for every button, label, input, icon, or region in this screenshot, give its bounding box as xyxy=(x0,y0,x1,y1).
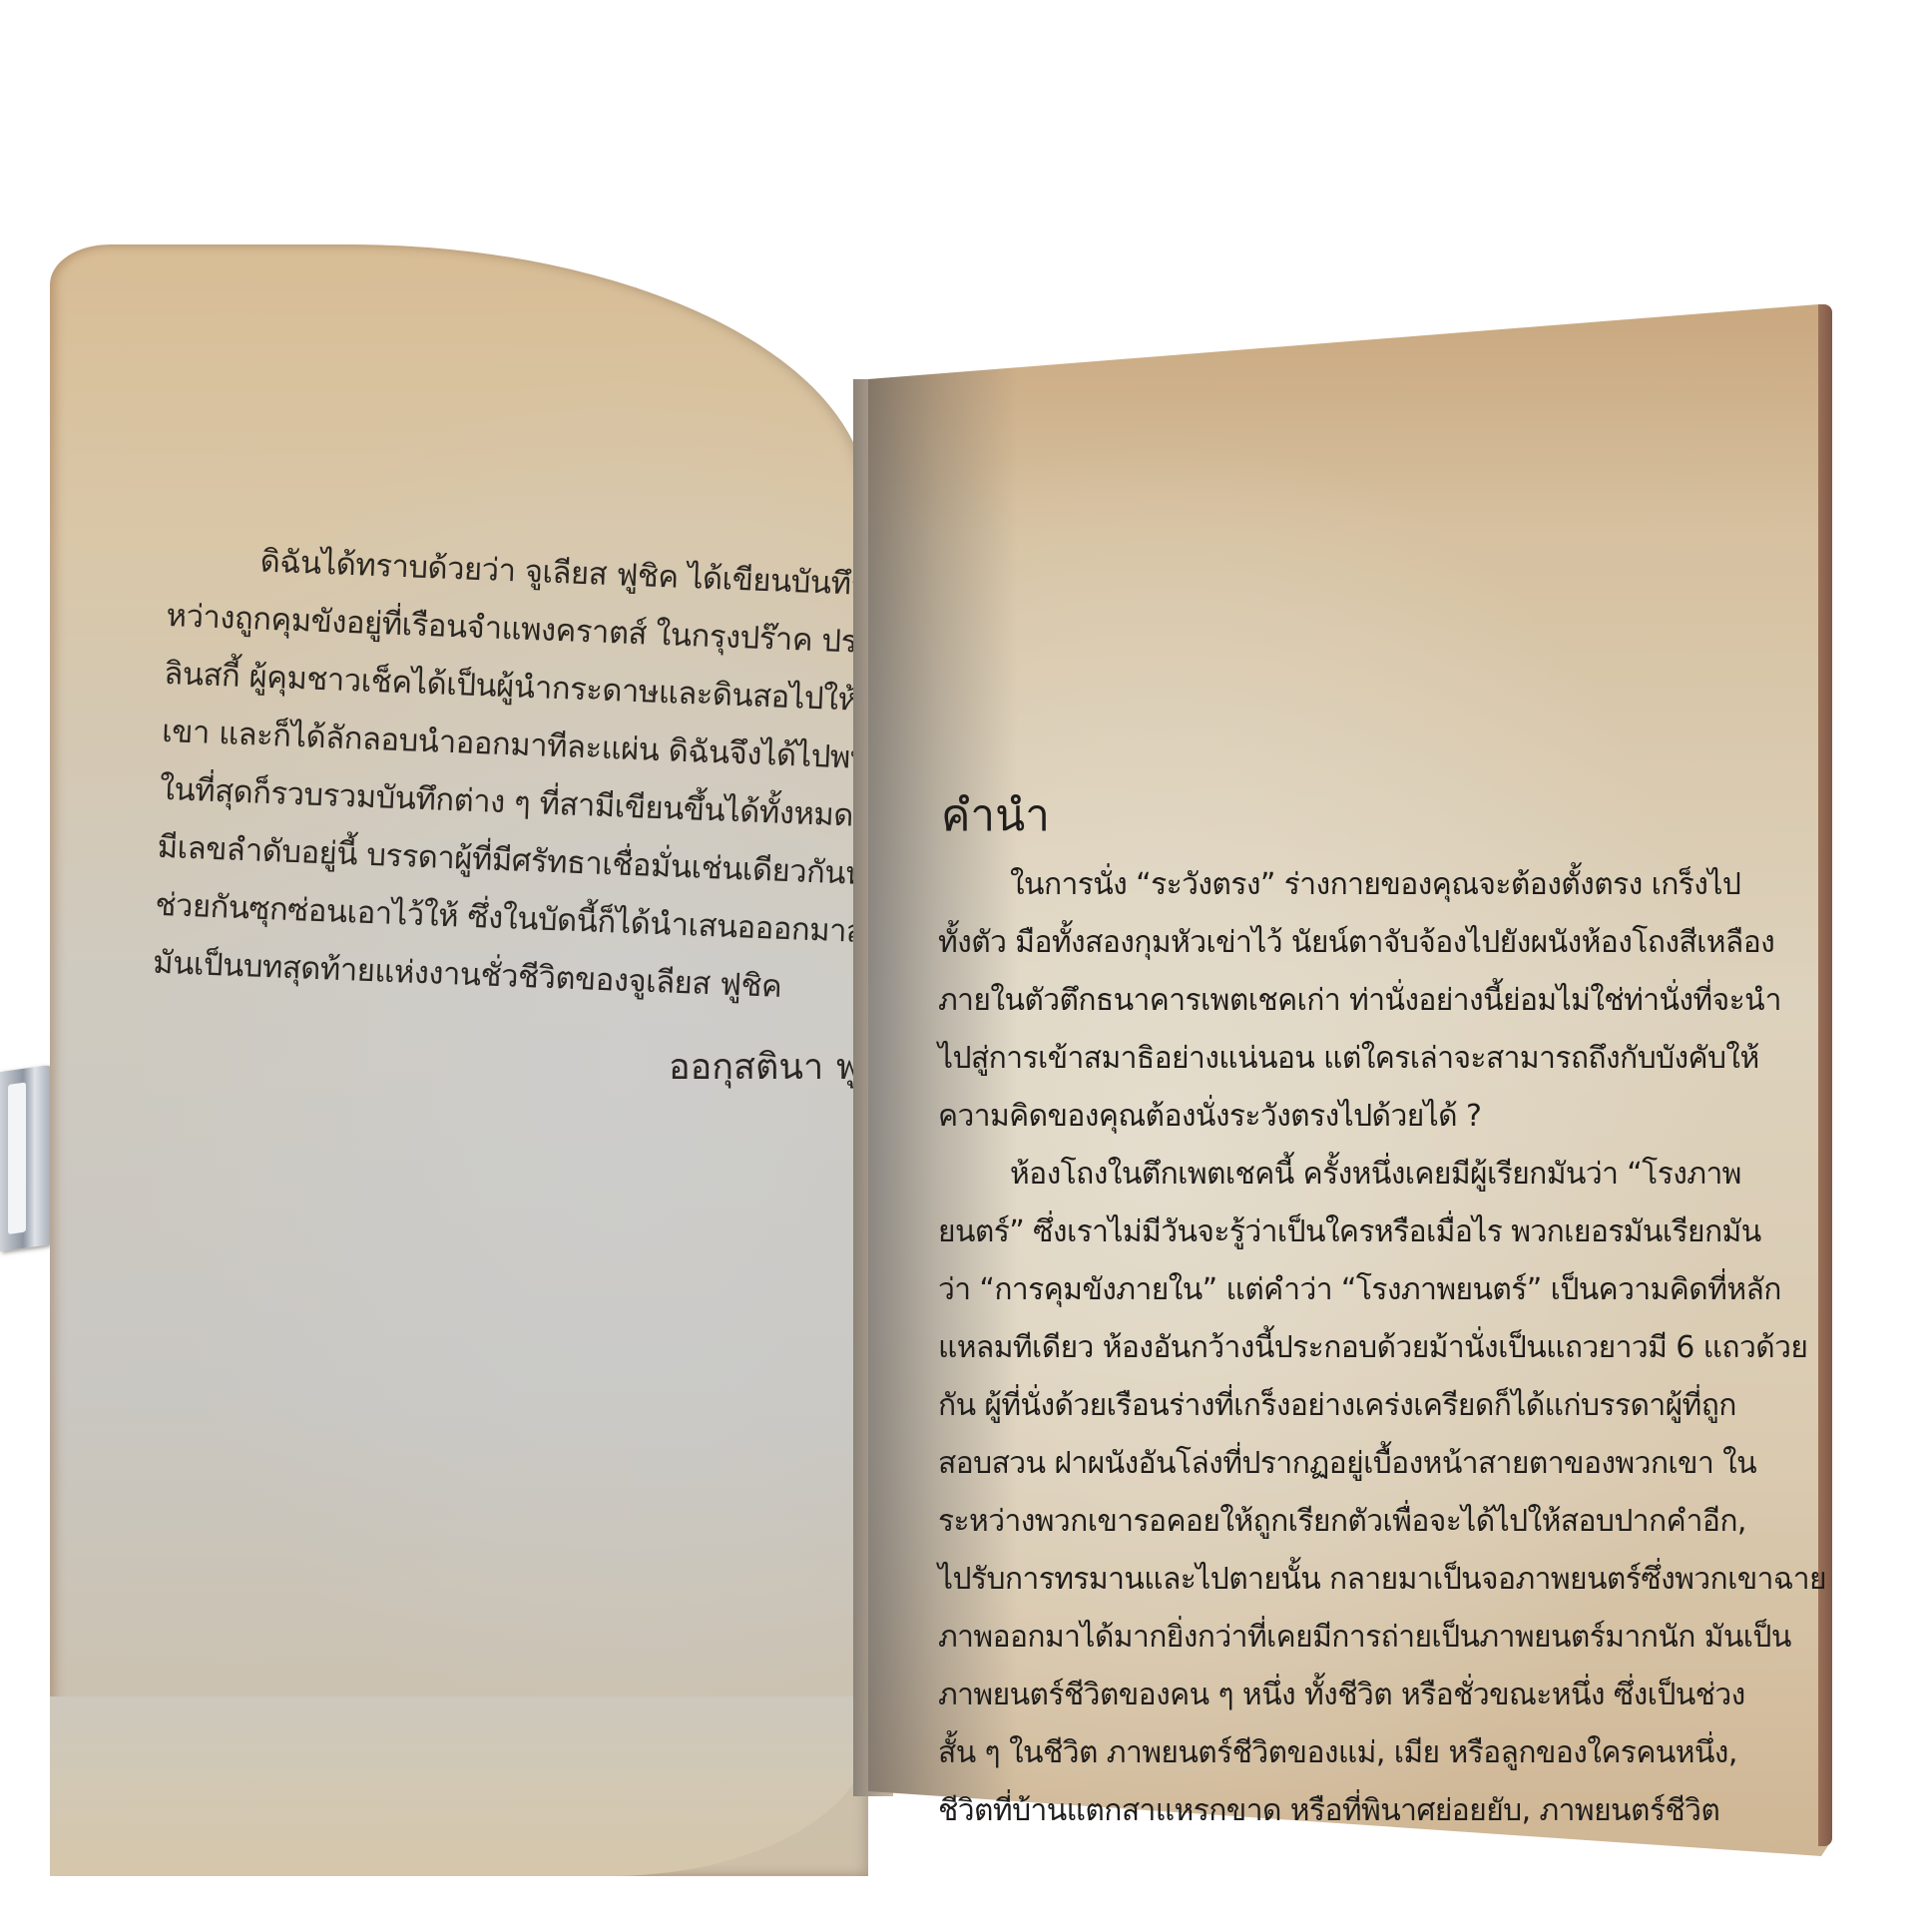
text-line: สอบสวน ฝาผนังอันโล่งที่ปรากฏอยู่เบื้องหน… xyxy=(938,1435,1706,1493)
text-line: ภาพออกมาได้มากยิ่งกว่าที่เคยมีการถ่ายเป็… xyxy=(938,1609,1706,1667)
text-line: ความคิดของคุณต้องนั่งระวังตรงไปด้วยได้ ? xyxy=(938,1088,1706,1146)
text-line: ไปรับการทรมานและไปตายนั้น กลายมาเป็นจอภา… xyxy=(938,1551,1706,1609)
right-page-edge xyxy=(1818,304,1832,1846)
text-line: ว่า “การคุมขังภายใน” แต่คำว่า “โรงภาพยนต… xyxy=(938,1261,1706,1319)
left-page-paragraph: ดิฉันได้ทราบด้วยว่า จูเลียส ฟูชิค ได้เขี… xyxy=(152,529,867,1019)
text-line: ทั้งตัว มือทั้งสองกุมหัวเข่าไว้ นัยน์ตาจ… xyxy=(938,914,1706,972)
text-line: กัน ผู้ที่นั่งด้วยเรือนร่างที่เกร็งอย่าง… xyxy=(938,1377,1706,1435)
page-title: คำนำ xyxy=(941,780,1050,850)
text-line: ยนตร์” ซึ่งเราไม่มีวันจะรู้ว่าเป็นใครหรื… xyxy=(938,1204,1706,1261)
signature: ออกุสตินา ฟูชิค xyxy=(669,1038,868,1095)
text-line: ภาพยนตร์ชีวิตของคน ๆ หนึ่ง ทั้งชีวิต หรื… xyxy=(938,1667,1706,1724)
text-line: ไปสู่การเข้าสมาธิอย่างแน่นอน แต่ใครเล่าจ… xyxy=(938,1030,1706,1088)
text-line: ชีวิตที่บ้านแตกสาแหรกขาด หรือที่พินาศย่อ… xyxy=(938,1782,1706,1840)
text-line: ในการนั่ง “ระวังตรง” ร่างกายของคุณจะต้อง… xyxy=(938,856,1706,914)
right-page-body: ในการนั่ง “ระวังตรง” ร่างกายของคุณจะต้อง… xyxy=(938,856,1706,1840)
text-line: แหลมทีเดียว ห้องอันกว้างนี้ประกอบด้วยม้า… xyxy=(938,1319,1706,1377)
text-line: ระหว่างพวกเขารอคอยให้ถูกเรียกตัวเพื่อจะไ… xyxy=(938,1493,1706,1551)
binder-clip-opening xyxy=(8,1082,26,1234)
left-page-curl xyxy=(50,1696,868,1876)
text-line: ห้องโถงในตึกเพตเชคนี้ ครั้งหนึ่งเคยมีผู้… xyxy=(938,1146,1706,1204)
text-line: สั้น ๆ ในชีวิต ภาพยนตร์ชีวิตของแม่, เมีย… xyxy=(938,1724,1706,1782)
text-line: ภายในตัวตึกธนาคารเพตเชคเก่า ท่านั่งอย่าง… xyxy=(938,972,1706,1030)
